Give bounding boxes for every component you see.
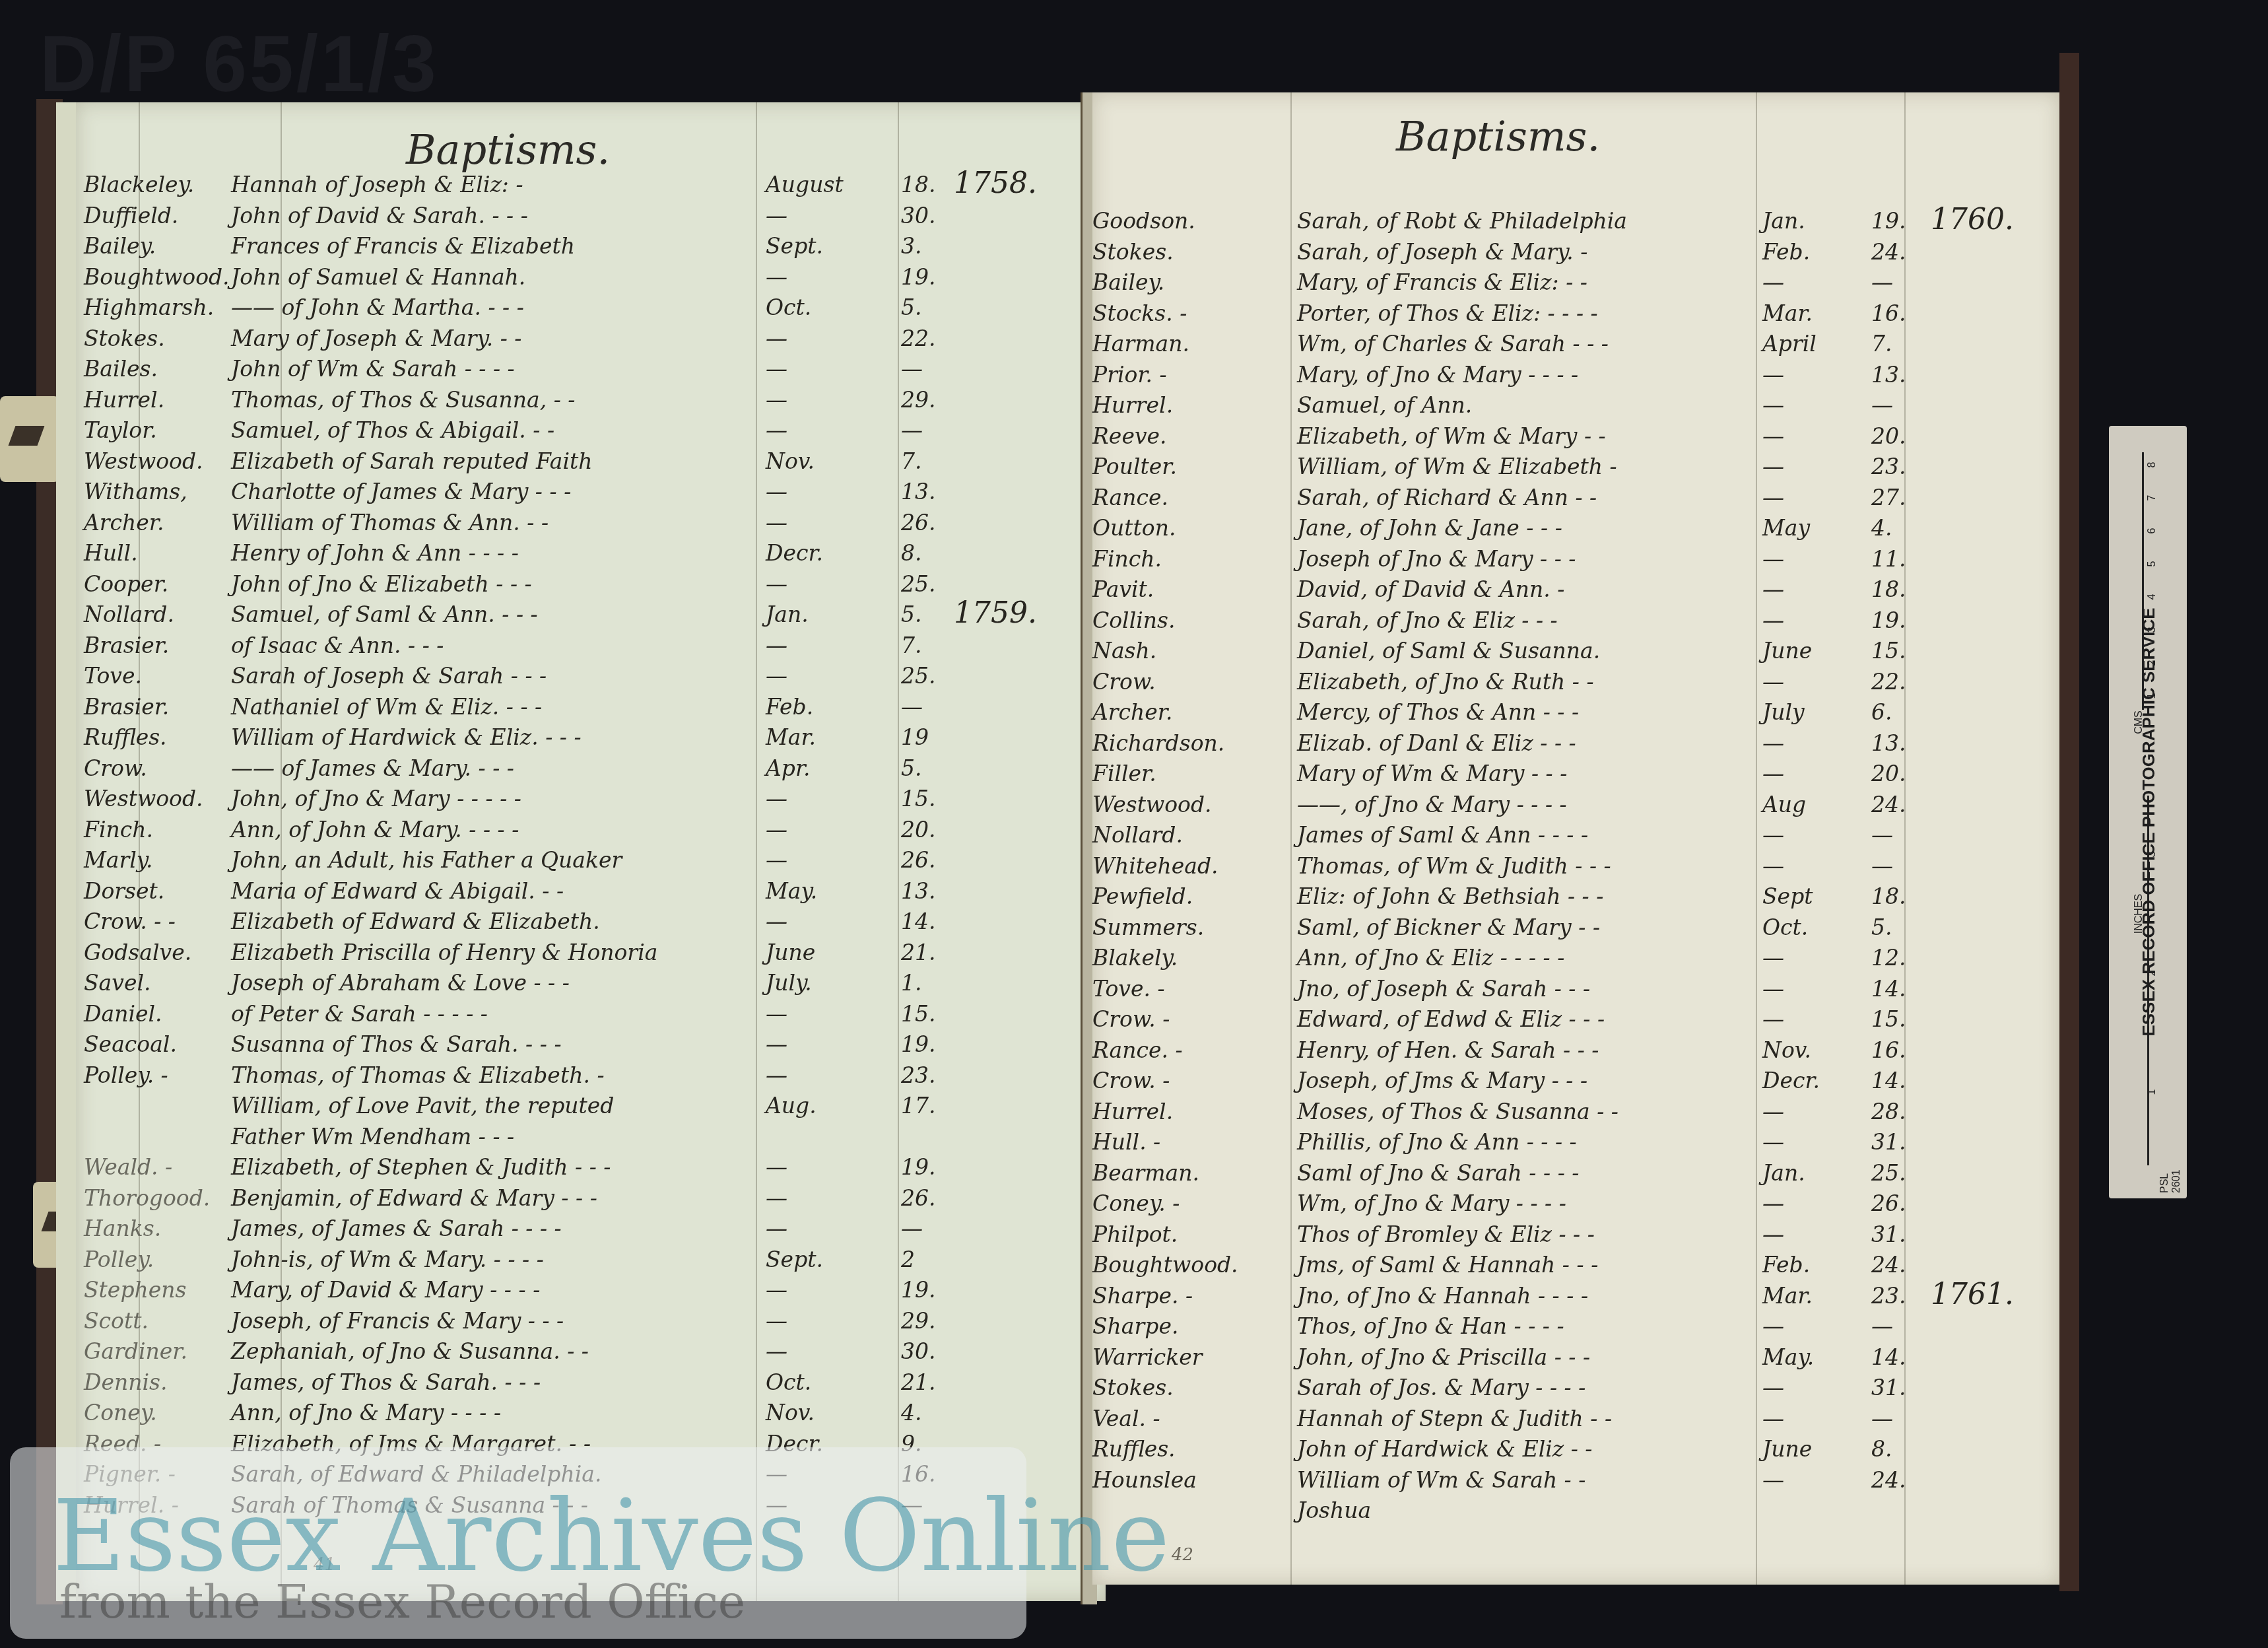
entry-surname: Thorogood.: [84, 1185, 210, 1211]
register-entry: Bailey.Mary, of Francis & Eliz: - -——: [1092, 269, 2059, 300]
entry-day: 26.: [901, 510, 935, 535]
entry-names: Wm, of Jno & Mary - - - -: [1297, 1190, 1566, 1216]
entry-names: —— of John & Martha. - - -: [231, 294, 524, 320]
entry-month: Apr.: [766, 755, 811, 781]
entry-surname: Crow.: [84, 755, 147, 781]
entry-surname: Blackeley.: [84, 172, 194, 197]
entry-names: Mary of Wm & Mary - - -: [1297, 761, 1567, 786]
entry-surname: Crow.: [1092, 669, 1156, 695]
cms-label: CMS: [2133, 710, 2145, 734]
register-entry: Nollard.James of Saml & Ann - - - -——: [1092, 822, 2059, 852]
entry-day: 23.: [901, 1062, 935, 1088]
register-entry: Godsalve.Elizabeth Priscilla of Henry & …: [76, 940, 1106, 970]
register-entry: Goodson.Sarah, of Robt & PhiladelphiaJan…: [1092, 208, 2059, 238]
entry-month: —: [766, 1308, 787, 1334]
entry-surname: Outton.: [1092, 515, 1176, 541]
entry-month: Nov.: [1762, 1037, 1811, 1063]
entry-surname: Crow. -: [1092, 1006, 1170, 1032]
entry-day: 8.: [901, 540, 922, 566]
entry-surname: Westwood.: [84, 786, 203, 811]
entry-surname: Hurrel.: [1092, 1099, 1173, 1124]
entry-day: 24.: [1871, 1252, 1906, 1278]
register-entry: Coney. -Wm, of Jno & Mary - - - -—26.: [1092, 1190, 2059, 1221]
entry-month: —: [766, 817, 787, 842]
register-entry: Summers.Saml, of Bickner & Mary - -Oct.5…: [1092, 914, 2059, 945]
entry-month: Sept.: [766, 233, 823, 259]
entry-names: Jno, of Jno & Hannah - - - -: [1297, 1283, 1588, 1309]
entry-day: 16.: [1871, 300, 1906, 326]
entry-names: Henry of John & Ann - - - -: [231, 540, 519, 566]
entry-month: —: [1762, 485, 1784, 510]
entry-month: July: [1762, 699, 1805, 725]
document-reference: D/P 65/1/3: [40, 18, 439, 110]
entry-month: —: [766, 1185, 787, 1211]
entry-day: 14.: [901, 909, 935, 934]
entry-names: William of Wm & Sarah - -: [1297, 1467, 1585, 1493]
cms-tick: 4: [2147, 594, 2158, 600]
register-entry: WarrickerJohn, of Jno & Priscilla - - -M…: [1092, 1344, 2059, 1375]
entry-names: Phillis, of Jno & Ann - - - -: [1297, 1129, 1577, 1155]
register-entry: Bailey.Frances of Francis & ElizabethSep…: [76, 233, 1106, 263]
entry-names: James, of James & Sarah - - - -: [231, 1216, 562, 1241]
register-entry: Crow.—— of James & Mary. - - -Apr.5.: [76, 755, 1106, 786]
entry-surname: Westwood.: [84, 448, 203, 474]
entry-month: Sept: [1762, 883, 1813, 909]
entry-names: Mary of Joseph & Mary. - -: [231, 326, 522, 351]
entry-day: —: [1871, 1313, 1893, 1339]
year-marker: 1759.: [954, 596, 1037, 630]
entry-surname: Blakely.: [1092, 945, 1178, 971]
register-entry: Polley. -Thomas, of Thomas & Elizabeth. …: [76, 1062, 1106, 1093]
entry-day: —: [1871, 392, 1893, 418]
register-entry: Stokes.Sarah of Jos. & Mary - - - -—31.: [1092, 1375, 2059, 1405]
cms-tick: 2: [2147, 660, 2158, 666]
entry-day: 25.: [901, 571, 935, 597]
entry-month: Aug.: [766, 1093, 817, 1118]
entry-day: 23.: [1871, 1283, 1906, 1309]
entry-names: Elizabeth, of Jno & Ruth - -: [1297, 669, 1594, 695]
entry-names: Elizab. of Danl & Eliz - - -: [1297, 730, 1576, 756]
entry-names: Samuel, of Saml & Ann. - - -: [231, 601, 538, 627]
entry-names: Charlotte of James & Mary - - -: [231, 479, 571, 504]
entry-month: Decr.: [1762, 1068, 1820, 1093]
entry-names: Sarah, of Jno & Eliz - - -: [1297, 607, 1558, 633]
register-entry: Finch.Joseph of Jno & Mary - - -—11.: [1092, 546, 2059, 576]
register-entry: Hurrel.Thomas, of Thos & Susanna, - -—29…: [76, 387, 1106, 417]
entry-month: —: [1762, 761, 1784, 786]
register-entry: Westwood.——, of Jno & Mary - - - -Aug24.: [1092, 792, 2059, 822]
entry-surname: Summers.: [1092, 914, 1204, 940]
entry-day: 4.: [901, 1400, 922, 1425]
entry-names: Joseph of Abraham & Love - - -: [231, 970, 570, 996]
entry-surname: Godsalve.: [84, 940, 191, 965]
entry-day: 24.: [1871, 239, 1906, 265]
entry-names: Edward, of Edwd & Eliz - - -: [1297, 1006, 1605, 1032]
entry-day: 14.: [1871, 976, 1906, 1002]
entry-names: Joseph, of Jms & Mary - - -: [1297, 1068, 1587, 1093]
entry-month: —: [766, 417, 787, 443]
entry-names: John, of Jno & Mary - - - - -: [231, 786, 521, 811]
register-entry: Seacoal.Susanna of Thos & Sarah. - - -—1…: [76, 1031, 1106, 1062]
entry-day: 6.: [1871, 699, 1892, 725]
entry-month: May.: [766, 878, 817, 904]
entry-names: Moses, of Thos & Susanna - -: [1297, 1099, 1618, 1124]
entry-day: 29.: [901, 387, 935, 413]
entry-day: —: [1871, 1406, 1893, 1431]
entry-surname: Poulter.: [1092, 454, 1177, 479]
entry-month: Feb.: [1762, 239, 1810, 265]
entry-surname: Warricker: [1092, 1344, 1203, 1370]
register-entry: Crow. -Joseph, of Jms & Mary - - -Decr.1…: [1092, 1068, 2059, 1098]
entry-names: Thos of Bromley & Eliz - - -: [1297, 1221, 1595, 1247]
entry-surname: Nollard.: [84, 601, 174, 627]
entry-names: Mary, of Jno & Mary - - - -: [1297, 362, 1578, 388]
register-entry: Westwood.Elizabeth of Sarah reputed Fait…: [76, 448, 1106, 479]
entry-month: Mar.: [1762, 300, 1813, 326]
year-marker: 1760.: [1931, 203, 2014, 236]
register-entry: Prior. -Mary, of Jno & Mary - - - -—13.: [1092, 362, 2059, 392]
entry-names: Thomas, of Wm & Judith - - -: [1297, 853, 1611, 879]
entry-surname: Ruffles.: [84, 724, 167, 750]
inches-tick: 1: [2147, 1089, 2158, 1095]
register-entry: Brasier.of Isaac & Ann. - - -—7.: [76, 633, 1106, 663]
entry-surname: Hanks.: [84, 1216, 161, 1241]
entry-month: Mar.: [766, 724, 816, 750]
entry-day: 30.: [901, 1338, 935, 1364]
entry-surname: Highmarsh.: [84, 294, 214, 320]
register-entry: Stocks. -Porter, of Thos & Eliz: - - - -…: [1092, 300, 2059, 331]
register-entry: Bearman.Saml of Jno & Sarah - - - -Jan.2…: [1092, 1160, 2059, 1190]
entry-month: —: [766, 479, 787, 504]
register-entry: Whitehead.Thomas, of Wm & Judith - - -——: [1092, 853, 2059, 883]
entry-month: —: [766, 510, 787, 535]
entry-day: 7.: [1871, 331, 1892, 357]
entry-surname: Harman.: [1092, 331, 1189, 357]
register-entry: Outton.Jane, of John & Jane - - -May4.: [1092, 515, 2059, 545]
entry-surname: Rance.: [1092, 485, 1168, 510]
register-entry: Ruffles.John of Hardwick & Eliz - -June8…: [1092, 1436, 2059, 1466]
entry-month: —: [766, 1216, 787, 1241]
entry-names: of Isaac & Ann. - - -: [231, 633, 444, 658]
entry-day: 5.: [901, 294, 922, 320]
entry-month: —: [1762, 822, 1784, 848]
entry-names: Saml, of Bickner & Mary - -: [1297, 914, 1600, 940]
entry-surname: Finch.: [1092, 546, 1162, 572]
entry-names: Elizabeth of Edward & Elizabeth.: [231, 909, 600, 934]
register-entry: Joshua: [1092, 1497, 2059, 1528]
entry-surname: Boughtwood.: [84, 264, 230, 290]
register-entry: Dennis.James, of Thos & Sarah. - - -Oct.…: [76, 1369, 1106, 1400]
register-entry: Westwood.John, of Jno & Mary - - - - -—1…: [76, 786, 1106, 816]
register-entry: Blackeley.Hannah of Joseph & Eliz: -Augu…: [76, 172, 1106, 202]
entry-day: 2: [901, 1247, 915, 1272]
entry-names: Benjamin, of Edward & Mary - - -: [231, 1185, 597, 1211]
entry-day: 24.: [1871, 1467, 1906, 1493]
entry-surname: Sharpe. -: [1092, 1283, 1193, 1309]
entry-surname: Pewfield.: [1092, 883, 1193, 909]
entry-month: Sept.: [766, 1247, 823, 1272]
entry-day: 19.: [1871, 607, 1906, 633]
entry-month: —: [1762, 1406, 1784, 1431]
entry-day: 26.: [1871, 1190, 1906, 1216]
entry-names: Ann, of Jno & Mary - - - -: [231, 1400, 501, 1425]
register-entry: Cooper.John of Jno & Elizabeth - - -—25.: [76, 571, 1106, 601]
entry-names: Elizabeth Priscilla of Henry & Honoria: [231, 940, 657, 965]
binding-clasp-top: [0, 396, 59, 482]
entry-names: Elizabeth, of Stephen & Judith - - -: [231, 1154, 611, 1180]
entry-names: John of Wm & Sarah - - - -: [231, 356, 515, 382]
entry-month: Jan.: [1762, 208, 1805, 234]
entry-day: 15.: [1871, 638, 1906, 664]
entry-surname: Hurrel.: [1092, 392, 1173, 418]
entry-names: Saml of Jno & Sarah - - - -: [1297, 1160, 1579, 1186]
entry-day: —: [1871, 822, 1893, 848]
entry-surname: Seacoal.: [84, 1031, 177, 1057]
entry-surname: Stocks. -: [1092, 300, 1187, 326]
entry-month: —: [766, 1338, 787, 1364]
entry-day: 31.: [1871, 1375, 1906, 1400]
entry-day: 22.: [1871, 669, 1906, 695]
entry-surname: Philpot.: [1092, 1221, 1178, 1247]
entry-month: Jan.: [766, 601, 809, 627]
register-entry: Nash.Daniel, of Saml & Susanna.June15.: [1092, 638, 2059, 668]
register-entry: Dorset.Maria of Edward & Abigail. - -May…: [76, 878, 1106, 909]
entry-surname: Stokes.: [1092, 239, 1174, 265]
entry-surname: Nollard.: [1092, 822, 1183, 848]
entry-surname: Savel.: [84, 970, 151, 996]
entry-surname: Duffield.: [84, 203, 178, 228]
entry-names: Mary, of David & Mary - - - -: [231, 1277, 540, 1303]
entry-month: —: [1762, 362, 1784, 388]
entry-surname: Veal. -: [1092, 1406, 1160, 1431]
entry-month: Decr.: [766, 540, 823, 566]
entry-names: Daniel, of Saml & Susanna.: [1297, 638, 1600, 664]
entry-month: —: [766, 326, 787, 351]
entry-month: —: [1762, 1190, 1784, 1216]
entry-surname: Stephens: [84, 1277, 187, 1303]
entry-names: Nathaniel of Wm & Eliz. - - -: [231, 694, 542, 720]
register-entry: Daniel.of Peter & Sarah - - - - -—15.: [76, 1001, 1106, 1031]
register-entry: Sharpe.Thos, of Jno & Han - - - -——: [1092, 1313, 2059, 1344]
register-entry: Scott.Joseph, of Francis & Mary - - -—29…: [76, 1308, 1106, 1338]
entry-surname: Stokes.: [84, 326, 165, 351]
entry-names: Samuel, of Ann.: [1297, 392, 1472, 418]
entry-month: Jan.: [1762, 1160, 1805, 1186]
entry-day: —: [1871, 853, 1893, 879]
entry-surname: Prior. -: [1092, 362, 1167, 388]
cms-tick: 5: [2147, 561, 2158, 567]
entry-day: 13.: [901, 479, 935, 504]
entry-day: 16.: [1871, 1037, 1906, 1063]
register-entry: Hull. -Phillis, of Jno & Ann - - - -—31.: [1092, 1129, 2059, 1159]
register-entry: Rance. -Henry, of Hen. & Sarah - - -Nov.…: [1092, 1037, 2059, 1068]
entry-month: —: [766, 1154, 787, 1180]
entry-month: —: [1762, 607, 1784, 633]
register-entry: Archer.Mercy, of Thos & Ann - - -July6.: [1092, 699, 2059, 730]
entry-month: —: [1762, 1313, 1784, 1339]
entry-day: 19.: [901, 1154, 935, 1180]
register-entry: Duffield.John of David & Sarah. - - -—30…: [76, 203, 1106, 233]
entry-surname: Tove.: [84, 663, 142, 689]
clasp-hole-icon: [9, 426, 45, 446]
entry-surname: Marly.: [84, 847, 153, 873]
folio-number: 42: [1172, 1545, 1193, 1565]
entry-month: —: [1762, 423, 1784, 449]
entry-month: —: [766, 1277, 787, 1303]
entry-surname: Ruffles.: [1092, 1436, 1176, 1462]
register-entry: Father Wm Mendham - - -: [76, 1124, 1106, 1154]
entry-day: 21.: [901, 1369, 935, 1395]
entry-day: 20.: [1871, 761, 1906, 786]
entry-surname: Finch.: [84, 817, 153, 842]
entry-names: Thos, of Jno & Han - - - -: [1297, 1313, 1564, 1339]
register-entry: Nollard.Samuel, of Saml & Ann. - - -Jan.…: [76, 601, 1106, 632]
cms-tick: 8: [2147, 462, 2158, 468]
register-entry: Finch.Ann, of John & Mary. - - - -—20.: [76, 817, 1106, 847]
entry-month: June: [766, 940, 815, 965]
entry-day: 13.: [1871, 362, 1906, 388]
entry-names: Sarah of Joseph & Sarah - - -: [231, 663, 547, 689]
entry-day: 5.: [1871, 914, 1892, 940]
register-entry: Ruffles.William of Hardwick & Eliz. - - …: [76, 724, 1106, 755]
entry-month: —: [1762, 1221, 1784, 1247]
entry-day: 8.: [1871, 1436, 1892, 1462]
register-entry: Hanks.James, of James & Sarah - - - -——: [76, 1216, 1106, 1246]
entry-day: 22.: [901, 326, 935, 351]
entry-day: —: [1871, 269, 1893, 295]
entry-month: Nov.: [766, 448, 815, 474]
entry-month: May: [1762, 515, 1810, 541]
entry-month: —: [766, 786, 787, 811]
year-marker: 1761.: [1931, 1278, 2014, 1311]
entry-day: 20.: [901, 817, 935, 842]
entry-day: 4.: [1871, 515, 1892, 541]
inches-label: INCHES: [2133, 894, 2145, 934]
register-entry: Boughtwood.Jms, of Saml & Hannah - - -Fe…: [1092, 1252, 2059, 1282]
entry-day: 18.: [1871, 576, 1906, 602]
entry-surname: Goodson.: [1092, 208, 1195, 234]
entry-names: Eliz: of John & Bethsiah - - -: [1297, 883, 1603, 909]
inches-tick: 2: [2147, 971, 2158, 977]
entry-surname: Coney.: [84, 1400, 157, 1425]
entry-month: —: [1762, 454, 1784, 479]
entry-month: —: [1762, 1375, 1784, 1400]
entry-day: 12.: [1871, 945, 1906, 971]
entry-day: 28.: [1871, 1099, 1906, 1124]
entry-names: Porter, of Thos & Eliz: - - - -: [1297, 300, 1598, 326]
entry-day: 19.: [901, 264, 935, 290]
register-entry: Gardiner.Zephaniah, of Jno & Susanna. - …: [76, 1338, 1106, 1369]
entry-day: 17.: [901, 1093, 935, 1118]
entry-names: Samuel, of Thos & Abigail. - -: [231, 417, 554, 443]
register-entry: Hurrel.Moses, of Thos & Susanna - -—28.: [1092, 1099, 2059, 1129]
entry-surname: Pavit.: [1092, 576, 1154, 602]
entry-day: 19: [901, 724, 929, 750]
entry-month: July.: [766, 970, 812, 996]
inches-tick: 3: [2147, 852, 2158, 858]
entry-names: Elizabeth of Sarah reputed Faith: [231, 448, 592, 474]
entry-day: 5.: [901, 601, 922, 627]
register-entry: Stokes.Mary of Joseph & Mary. - -—22.: [76, 326, 1106, 356]
entry-day: 26.: [901, 1185, 935, 1211]
entry-month: —: [1762, 576, 1784, 602]
register-entry: Stokes.Sarah, of Joseph & Mary. -Feb.24.: [1092, 239, 2059, 269]
entry-month: —: [766, 1031, 787, 1057]
entry-names: John of David & Sarah. - - -: [231, 203, 528, 228]
entry-surname: Westwood.: [1092, 792, 1212, 817]
entry-names: Ann, of John & Mary. - - - -: [231, 817, 519, 842]
page-heading: Baptisms.: [406, 125, 610, 174]
entry-surname: Bearman.: [1092, 1160, 1199, 1186]
register-entry: HounsleaWilliam of Wm & Sarah - -—24.: [1092, 1467, 2059, 1497]
entry-day: 26.: [901, 847, 935, 873]
cms-tick: 1: [2147, 693, 2158, 699]
entry-surname: Crow. - -: [84, 909, 176, 934]
entry-names: Wm, of Charles & Sarah - - -: [1297, 331, 1609, 357]
cms-tick: 3: [2147, 627, 2158, 633]
entry-names: Susanna of Thos & Sarah. - - -: [231, 1031, 562, 1057]
entry-month: —: [766, 847, 787, 873]
book-cover-right-edge: [2059, 53, 2079, 1591]
entry-names: Jms, of Saml & Hannah - - -: [1297, 1252, 1598, 1278]
entry-day: 11.: [1871, 546, 1906, 572]
entry-day: 1.: [901, 970, 922, 996]
entry-month: —: [1762, 1099, 1784, 1124]
page-heading: Baptisms.: [1396, 112, 1600, 160]
entry-surname: Archer.: [84, 510, 164, 535]
cms-tick: 6: [2147, 528, 2158, 534]
register-entry: Pewfield.Eliz: of John & Bethsiah - - -S…: [1092, 883, 2059, 914]
entry-month: —: [1762, 669, 1784, 695]
register-entry: Poulter.William, of Wm & Elizabeth -—23.: [1092, 454, 2059, 484]
entry-month: —: [766, 1062, 787, 1088]
register-entry: Harman.Wm, of Charles & Sarah - - -April…: [1092, 331, 2059, 361]
entry-day: 25.: [901, 663, 935, 689]
entry-day: 25.: [1871, 1160, 1906, 1186]
register-entry: Reeve.Elizabeth, of Wm & Mary - -—20.: [1092, 423, 2059, 454]
entry-names: Zephaniah, of Jno & Susanna. - -: [231, 1338, 589, 1364]
entry-surname: Dorset.: [84, 878, 164, 904]
entry-day: 20.: [1871, 423, 1906, 449]
register-entry: Tove.Sarah of Joseph & Sarah - - -—25.: [76, 663, 1106, 693]
entry-surname: Daniel.: [84, 1001, 162, 1027]
register-entry: Highmarsh.—— of John & Martha. - - -Oct.…: [76, 294, 1106, 325]
entry-month: June: [1762, 1436, 1812, 1462]
register-entry: Marly.John, an Adult, his Father a Quake…: [76, 847, 1106, 877]
entry-surname: Rance. -: [1092, 1037, 1183, 1063]
entry-day: 29.: [901, 1308, 935, 1334]
register-entry: Thorogood.Benjamin, of Edward & Mary - -…: [76, 1185, 1106, 1216]
register-entry: Pavit.David, of David & Ann. -—18.: [1092, 576, 2059, 607]
entry-surname: Polley. -: [84, 1062, 168, 1088]
entry-names: Henry, of Hen. & Sarah - - -: [1297, 1037, 1599, 1063]
entry-month: —: [1762, 853, 1784, 879]
register-entry: Brasier.Nathaniel of Wm & Eliz. - - -Feb…: [76, 694, 1106, 724]
entry-surname: Collins.: [1092, 607, 1175, 633]
entry-names: Maria of Edward & Abigail. - -: [231, 878, 564, 904]
entry-month: Mar.: [1762, 1283, 1813, 1309]
entry-surname: Scott.: [84, 1308, 149, 1334]
entry-day: 14.: [1871, 1344, 1906, 1370]
register-entry: Philpot.Thos of Bromley & Eliz - - -—31.: [1092, 1221, 2059, 1252]
entry-month: —: [766, 203, 787, 228]
register-entry: Weald. -Elizabeth, of Stephen & Judith -…: [76, 1154, 1106, 1184]
entry-day: 19.: [901, 1031, 935, 1057]
entry-names: Sarah, of Joseph & Mary. -: [1297, 239, 1587, 265]
entry-day: 31.: [1871, 1129, 1906, 1155]
entry-month: —: [1762, 392, 1784, 418]
left-register-page: Baptisms. Blackeley.Hannah of Joseph & E…: [56, 102, 1106, 1601]
